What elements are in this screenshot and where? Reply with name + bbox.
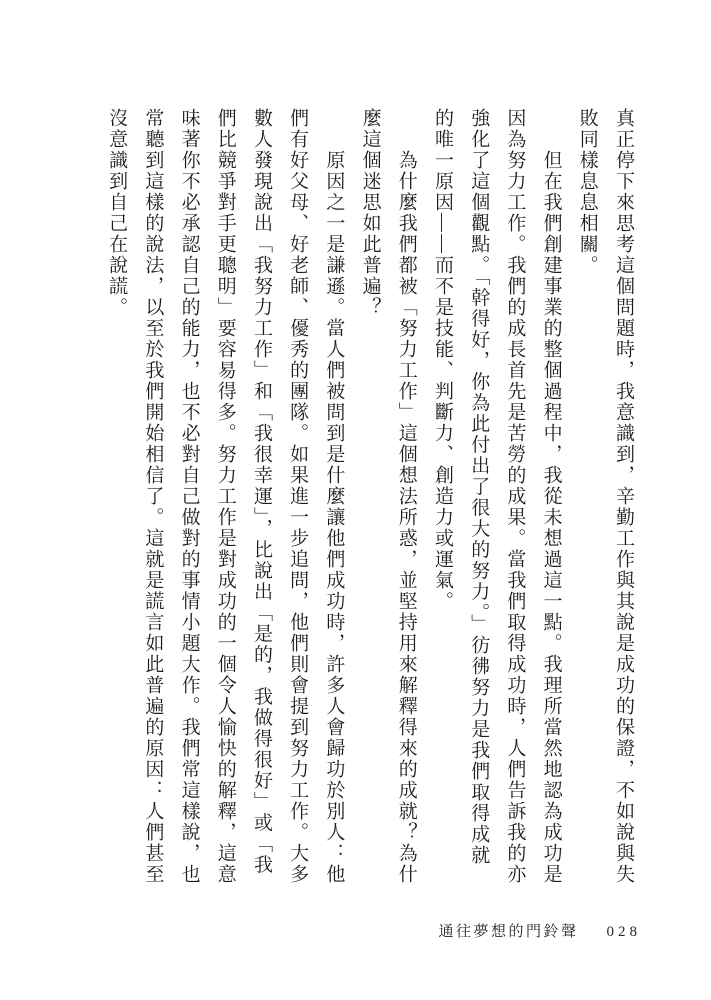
book-page: 真正停下來思考這個問題時，我意識到，辛勤工作與其說是成功的保證，不如說與失敗同樣… <box>0 0 711 1000</box>
text-column: 們比競爭對手更聰明」要容易得多。努力工作是對成功的一個令人愉快的解釋，這意 <box>207 108 243 892</box>
text-column: 常聽到這樣的說法，以至於我們開始相信了。這就是謊言如此普遍的原因：人們甚至 <box>134 108 170 892</box>
text-column: 敗同樣息息相關。 <box>569 108 605 892</box>
text-block: 真正停下來思考這個問題時，我意識到，辛勤工作與其說是成功的保證，不如說與失敗同樣… <box>96 108 641 892</box>
text-column: 沒意識到自己在說謊。 <box>98 108 134 892</box>
text-column: 為什麼我們都被「努力工作」這個想法所惑，並堅持用來解釋得來的成就？為什 <box>388 108 424 892</box>
text-column: 原因之一是謙遜。當人們被問到是什麼讓他們成功時，許多人會歸功於別人：他 <box>315 108 351 892</box>
text-column: 但在我們創建事業的整個過程中，我從未想過這一點。我理所當然地認為成功是 <box>532 108 568 892</box>
text-column: 數人發現說出「我努力工作」和「我很幸運」，比說出「是的，我做得很好」或「我 <box>243 108 279 892</box>
text-column: 們有好父母、好老師、優秀的團隊。如果進一步追問，他們則會提到努力工作。大多 <box>279 108 315 892</box>
text-column: 真正停下來思考這個問題時，我意識到，辛勤工作與其說是成功的保證，不如說與失 <box>605 108 641 892</box>
running-footer: 通往夢想的門鈴聲 028 <box>438 920 641 941</box>
page-number: 028 <box>607 924 642 941</box>
text-column: 味著你不必承認自己的能力，也不必對自己做對的事情小題大作。我們常這樣說，也 <box>170 108 206 892</box>
text-column: 強化了這個觀點。「幹得好，你為此付出了很大的努力。」彷彿努力是我們取得成就 <box>460 108 496 892</box>
book-title: 通往夢想的門鈴聲 <box>438 920 578 941</box>
text-column: 麼這個迷思如此普遍？ <box>351 108 387 892</box>
text-column: 因為努力工作。我們的成長首先是苦勞的成果。當我們取得成功時，人們告訴我的亦 <box>496 108 532 892</box>
text-column: 的唯一原因——而不是技能、判斷力、創造力或運氣。 <box>424 108 460 892</box>
